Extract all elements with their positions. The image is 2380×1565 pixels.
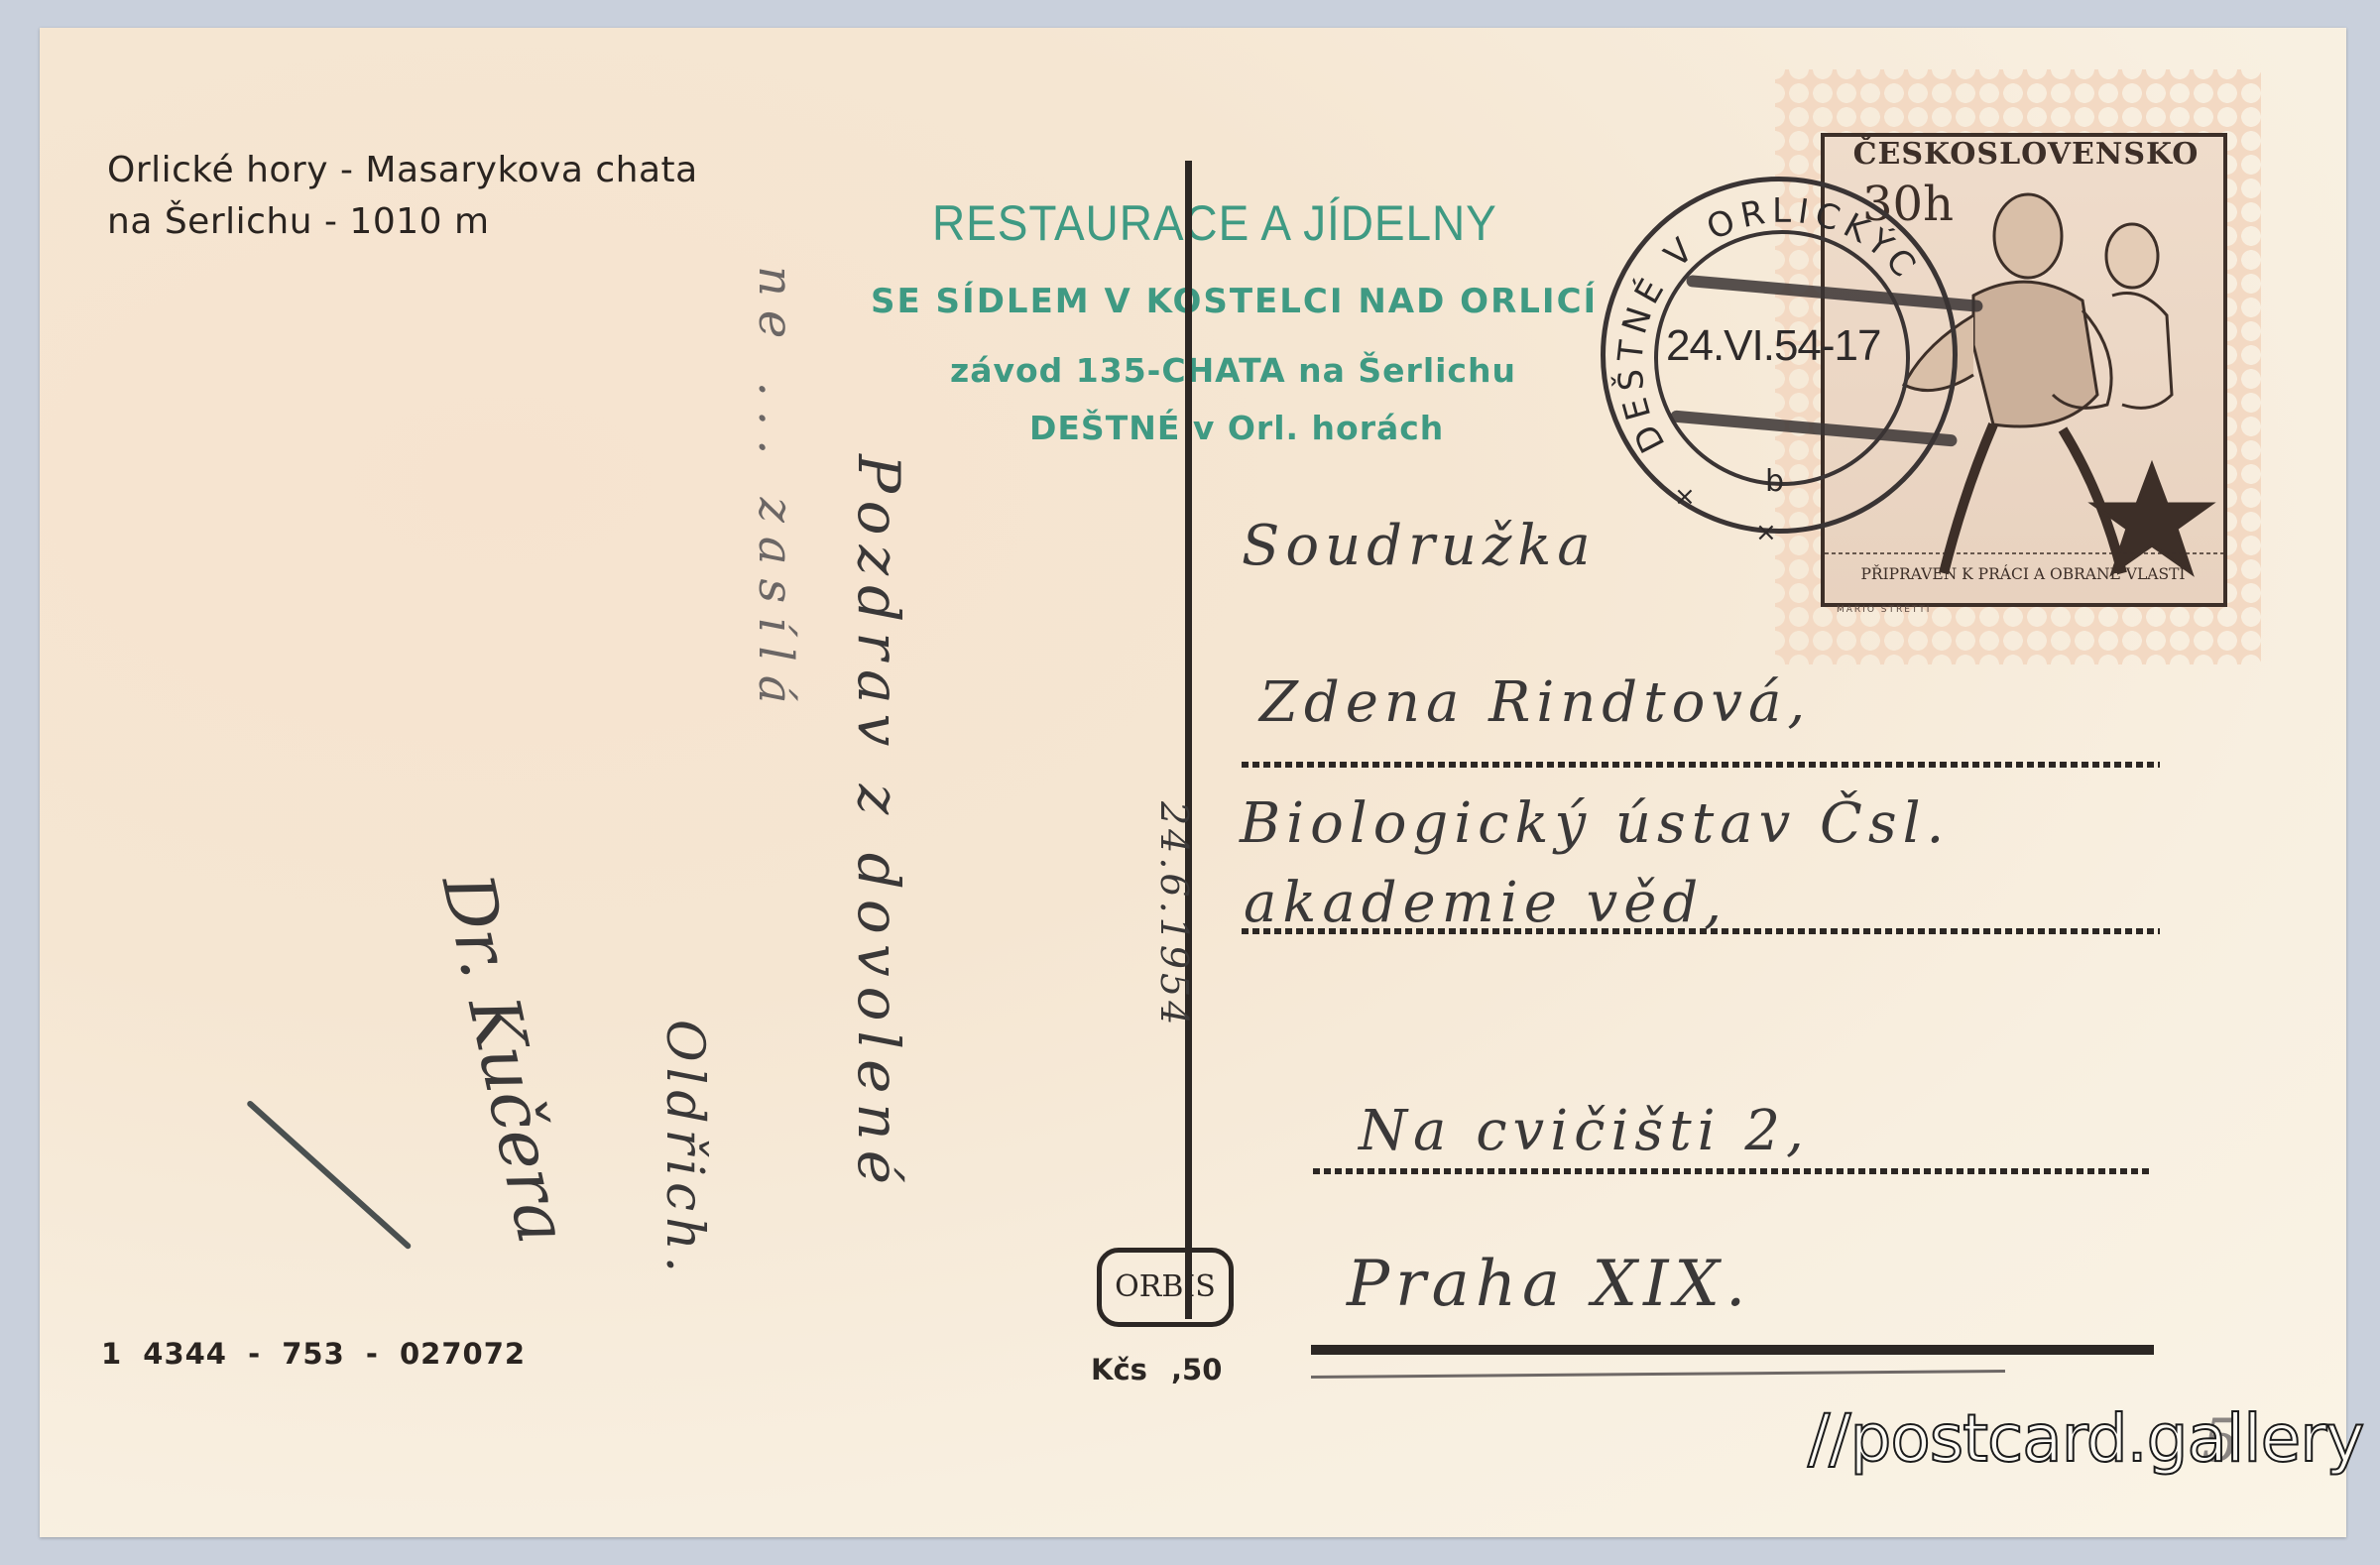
pencil-underline xyxy=(1311,1370,2005,1379)
message-line-1: Pozdrav z dovolené xyxy=(845,454,912,1194)
address-dotted-line xyxy=(1242,762,2160,768)
signature: Dr. Kučera xyxy=(426,867,584,1251)
card-caption: Orlické hory - Masarykova chata na Šerli… xyxy=(107,145,698,248)
svg-text:DEŠTNÉ V ORLICKÝCH H.: DEŠTNÉ V ORLICKÝCH H. xyxy=(1606,177,1927,459)
restaurant-stamp-line-4: DEŠTNÉ v Orl. horách xyxy=(1029,409,1444,447)
restaurant-stamp-line-1: RESTAURACE A JÍDELNY xyxy=(932,194,1497,252)
postcard-back: Orlické hory - Masarykova chata na Šerli… xyxy=(40,28,2346,1537)
caption-line-1: Orlické hory - Masarykova chata xyxy=(107,145,698,196)
series-number: 1 4344 - 753 - 027072 xyxy=(101,1337,526,1371)
address-name: Zdena Rindtová, xyxy=(1259,670,1811,735)
address-street: Na cvičišti 2, xyxy=(1359,1099,1810,1163)
postmark-letter: b xyxy=(1765,464,1784,499)
address-line-2: Biologický ústav Čsl. xyxy=(1240,791,1950,856)
postmark-date: 24.VI.54-17 xyxy=(1666,321,1881,371)
stamp-caption: PŘIPRAVEN K PRÁCI A OBRANĚ VLASTI xyxy=(1825,565,2221,583)
publisher-logo: ORBIS xyxy=(1097,1248,1234,1327)
address-salutation: Soudružka xyxy=(1242,514,1597,578)
message-line-2: Oldřich. xyxy=(654,1020,714,1278)
address-line-3: akademie věd, xyxy=(1244,871,1727,935)
price-label: Kčs ,50 xyxy=(1091,1353,1222,1386)
caption-line-2: na Šerlichu - 1010 m xyxy=(107,196,698,248)
postmark-star-icon: × xyxy=(1755,518,1777,547)
center-divider-line xyxy=(1185,161,1192,1319)
address-dotted-line xyxy=(1313,1168,2152,1174)
address-city: Praha XIX. xyxy=(1347,1248,1751,1321)
postmark-star-icon: × xyxy=(1674,482,1696,512)
stamp-country: ČESKOSLOVENSKO xyxy=(1833,137,2219,172)
restaurant-stamp-line-3: závod 135-CHATA na Šerlichu xyxy=(950,351,1516,390)
address-dotted-line xyxy=(1242,928,2160,934)
stamp-engraver: MARIO STRETTI xyxy=(1837,605,1931,615)
message-date: 24.6.1954 xyxy=(1152,801,1196,1028)
address-solid-line xyxy=(1311,1345,2154,1355)
message-line-3: ne ... zasílá xyxy=(748,266,803,717)
watermark: //postcard.gallery xyxy=(1808,1400,2363,1477)
signature-flourish xyxy=(246,1100,413,1251)
restaurant-stamp-line-2: SE SÍDLEM V KOSTELCI NAD ORLICÍ xyxy=(871,282,1598,321)
